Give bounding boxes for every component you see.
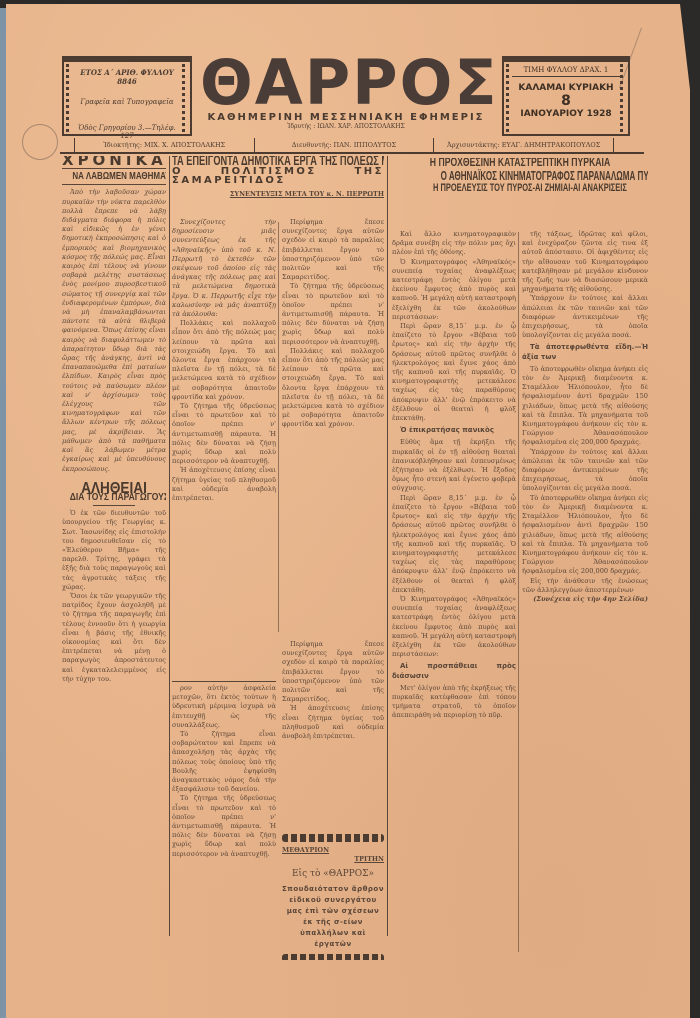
article-body: Πολλάκις καὶ πολλαχοῦ εἶπον ὅτι ἀπὸ τῆς … — [172, 319, 276, 402]
director: Διευθυντής: ΠΑΝ. ΙΠΠΟΛΥΤΟΣ — [255, 138, 435, 152]
pyrkagia-col-a: Καὶ ἄλλο κινηματογραφικὸν δρᾶμα συνέβη ε… — [392, 230, 516, 930]
divider — [93, 505, 135, 506]
article-body: Τὸ ζήτημα εἶναι σοβαρώτατον καὶ ἔπρεπε ν… — [172, 730, 276, 794]
ornament-border — [282, 834, 384, 842]
office-label: Γραφεῖα καὶ Τυπογραφεῖα — [72, 98, 182, 106]
article-body: Τὸ ζήτημα τῆς ὑδρεύσεως εἶναι τὸ πρωτεῦο… — [172, 794, 276, 858]
headline: Ο ΑΘΗΝΑΪΚΟΣ ΚΙΝΗΜΑΤΟΓΡΑΦΟΣ ΠΑΡΑΝΑΛΩΜΑ ΠΥ… — [441, 171, 600, 180]
headline: ΝΑ ΛΑΒΩΜΕΝ ΜΑΘΗΜΑΤΑ — [72, 172, 155, 181]
article-body: Ἡ ἀποχέτευσις ἐπίσης εἶναι ζήτημα ὑγείας… — [172, 466, 276, 503]
divider — [62, 184, 166, 185]
interview-line: ΣΥΝΕΝΤΕΥΞΙΣ ΜΕΤΑ ΤΟΥ κ. Ν. ΠΕΡΡΩΤΗ — [172, 190, 384, 199]
article-body: Ὑπάρχουν ἐν τούτοις καὶ ἄλλαι ἀπώλειαι ἐ… — [522, 294, 648, 340]
dimotika-col-c: ρον αὐτὴν ἀσφαλεία μετοχῶν, ὅτι ἐκτὸς το… — [172, 684, 276, 944]
year-issue: ΕΤΟΣ Α΄ ΑΡΙΘ. ΦΥΛΛΟΥ 8846 — [72, 68, 182, 86]
ad-lead: Εἰς τὸ «ΘΑΡΡΟΣ» — [282, 870, 384, 879]
article-body: Ἀπὸ τὴν λαβοῦσαν χώραν πυρκαϊὰν τὴν νύκτ… — [62, 188, 166, 473]
article-body: Καὶ ἄλλο κινηματογραφικὸν δρᾶμα συνέβη ε… — [392, 230, 516, 258]
price: ΤΙΜΗ ΦΥΛΛΟΥ ΔΡΑΧ. 1 — [512, 66, 620, 77]
masthead: ΕΤΟΣ Α΄ ΑΡΙΘ. ΦΥΛΛΟΥ 8846 Γραφεῖα καὶ Τυ… — [62, 56, 630, 136]
date-month-year: ΙΑΝΟΥΑΡΙΟΥ 1928 — [512, 109, 620, 119]
article-body: Ὁ Κινηματογράφος «Ἀθηναϊκός» συνεπείᾳ τυ… — [392, 258, 516, 322]
chief-editor: Ἀρχισυντάκτης: ΕΥΑΓ. ΔΗΜΗΤΡΑΚΟΠΟΥΛΟΣ — [434, 138, 613, 152]
ornament-border — [282, 954, 384, 960]
founder-line: Ἱδρυτής : ΙΩΑΝ. ΧΑΡ. ΑΠΟΣΤΟΛΑΚΗΣ — [200, 123, 492, 130]
subheading: Ὁ ἐπικρατήσας πανικὸς — [392, 426, 516, 435]
newspaper-subtitle: ΚΑΘΗΜΕΡΙΝΗ ΜΕΣΣΗΝΙΑΚΗ ΕΦΗΜΕΡΙΣ — [200, 112, 492, 123]
article-body: Περὶ ὥραν 8,15΄ μ.μ. ἐν ᾧ ἐπαίζετο τὸ ἔρ… — [392, 494, 516, 595]
article-body: Ὑπάρχουν ἐν τούτοις καὶ ἄλλαι ἀπώλειαι ἐ… — [522, 448, 648, 494]
column-divider — [518, 232, 519, 952]
city-day: ΚΑΛΑΜΑΙ ΚΥΡΙΑΚΗ — [512, 83, 620, 93]
article-body: Ὁ Κινηματογράφος «Ἀθηναϊκός» συνεπείᾳ τυ… — [392, 595, 516, 659]
article-body: Τὸ ζήτημα τῆς ὑδρεύσεως εἶναι τὸ πρωτεῦο… — [282, 282, 384, 346]
advertisement: ΜΕΘΑΥΡΙΟΝ ΤΡΙΤΗΝ Εἰς τὸ «ΘΑΡΡΟΣ» Σπουδαι… — [282, 830, 384, 960]
continued-note: (Συνέχεια εἰς τὴν 4ην Σελίδα) — [522, 595, 648, 604]
dimotika-col-b: Περίφημα ἔπεσε συνεχίζοντες ἔργα αὐτῶν σ… — [282, 218, 384, 638]
article-body: ρον αὐτὴν ἀσφαλεία μετοχῶν, ὅτι ἐκτὸς το… — [172, 684, 276, 730]
subheading: Τὰ ἀποτεφρωθέντα εἴδη.—Ἡ ἀξία των — [522, 343, 648, 361]
dimotika-header: ΤΑ ΕΠΕΙΓΟΝΤΑ ΔΗΜΟΤΙΚΑ ΕΡΓΑ ΤΗΣ ΠΟΛΕΩΣ ΜΑ… — [172, 156, 384, 216]
column-divider — [169, 156, 170, 936]
headline: Η ΠΡΟΧΘΕΣΙΝΗ ΚΑΤΑΣΤΡΕΠΤΙΚΗ ΠΥΡΚΑΪΑ — [428, 158, 612, 167]
title-block: ΘΑΡΡΟΣ ΚΑΘΗΜΕΡΙΝΗ ΜΕΣΣΗΝΙΑΚΗ ΕΦΗΜΕΡΙΣ Ἱδ… — [200, 54, 492, 130]
divider — [172, 681, 276, 682]
article-body: Περὶ ὥραν 8,15΄ μ.μ. ἐν ᾧ ἐπαίζετο τὸ ἔρ… — [392, 322, 516, 423]
subheading: Αἱ προσπάθειαι πρὸς διάσωσιν — [392, 662, 516, 680]
masthead-left-box: ΕΤΟΣ Α΄ ΑΡΙΘ. ΦΥΛΛΟΥ 8846 Γραφεῖα καὶ Τυ… — [62, 56, 192, 136]
date-day: 8 — [512, 93, 620, 109]
dimotika-col-a: Συνεχίζοντες τὴν δημοσίευσιν μιᾶς συνεντ… — [172, 218, 276, 638]
torn-corner — [680, 4, 694, 124]
article-body: Εὐθὺς ἅμα τῇ ἐκρήξει τῆς πυρκαϊᾶς οἱ ἐν … — [392, 438, 516, 493]
subheadline: Ο ΠΟΛΙΤΙΣΜΟΣ ΤΗΣ ΣΑΜΑΡΕΙΤΙΔΟΣ — [172, 167, 384, 185]
section-title: ΧΡΟΝΙΚΑ — [62, 156, 166, 165]
headline: ΤΑ ΕΠΕΙΓΟΝΤΑ ΔΗΜΟΤΙΚΑ ΕΡΓΑ ΤΗΣ ΠΟΛΕΩΣ ΜΑ… — [172, 156, 312, 165]
article-body: Συνεχίζοντες τὴν δημοσίευσιν μιᾶς συνεντ… — [172, 218, 276, 319]
article-body: Πολλάκις καὶ πολλαχοῦ εἶπον ὅτι ἀπὸ τῆς … — [282, 347, 384, 430]
article-body: Περίφημα ἔπεσε συνεχίζοντες ἔργα αὐτῶν σ… — [282, 640, 384, 704]
article-body: τῆς τάξεως, ἱδρῶτας καὶ φίλοι, καὶ ἐνεχύ… — [522, 230, 648, 294]
article-body: Τὸ ζήτημα τῆς ὑδρεύσεως εἶναι τὸ πρωτεῦο… — [172, 402, 276, 466]
pyrkagia-col-b: τῆς τάξεως, ἱδρῶτας καὶ φίλοι, καὶ ἐνεχύ… — [522, 230, 648, 950]
column-chronika: ΧΡΟΝΙΚΑ ΝΑ ΛΑΒΩΜΕΝ ΜΑΘΗΜΑΤΑ Ἀπὸ τὴν λαβο… — [62, 156, 166, 946]
subheadline: ΔΙΑ ΤΟΥΣ ΠΑΡΑΓΩΓΟΥΣ — [70, 493, 158, 502]
library-stamp — [22, 124, 58, 160]
owner: Ἰδιοκτήτης: ΜΙΧ. Χ. ΑΠΟΣΤΟΛΑΚΗΣ — [75, 138, 255, 152]
column-divider — [387, 156, 388, 936]
article-body: Τὸ ἀποτεφρωθὲν οἴκημα ἀνήκει εἰς τὸν ἐν … — [522, 365, 648, 448]
column-divider — [278, 222, 279, 632]
article-body: Ὁ ἐκ τῶν διευθυντῶν τοῦ ὑπουργείου τῆς Γ… — [62, 509, 166, 592]
ad-label-right: ΤΡΙΤΗΝ — [282, 855, 384, 864]
pyrkagia-header: Η ΠΡΟΧΘΕΣΙΝΗ ΚΑΤΑΣΤΡΕΠΤΙΚΗ ΠΥΡΚΑΪΑ Ο ΑΘΗ… — [392, 158, 648, 228]
ad-label-left: ΜΕΘΑΥΡΙΟΝ — [282, 846, 384, 855]
article-body: Ἡ ἀποχέτευσις ἐπίσης εἶναι ζήτημα ὑγείας… — [282, 704, 384, 741]
article-body: Μετ' ὀλίγον ἀπὸ τῆς ἐκρήξεως τῆς πυρκαϊᾶ… — [392, 684, 516, 721]
masthead-right-box: ΤΙΜΗ ΦΥΛΛΟΥ ΔΡΑΧ. 1 ΚΑΛΑΜΑΙ ΚΥΡΙΑΚΗ 8 ΙΑ… — [502, 56, 630, 136]
article-body: Ὅσοι ἐκ τῶν γεωργικῶν τῆς πατρίδος ἔχουν… — [62, 592, 166, 684]
ad-text: Σπουδαιότατον ἄρθρον εἰδικοῦ συνεργάτου … — [282, 884, 384, 950]
article-body: Περίφημα ἔπεσε συνεχίζοντες ἔργα αὐτῶν σ… — [282, 218, 384, 282]
staff-bar: Ἰδιοκτήτης: ΜΙΧ. Χ. ΑΠΟΣΤΟΛΑΚΗΣ Διευθυντ… — [74, 138, 614, 152]
article-body: Τὸ ἀποτεφρωθὲν οἴκημα ἀνήκει εἰς τὸν ἐν … — [522, 494, 648, 577]
dimotika-col-d: Περίφημα ἔπεσε συνεχίζοντες ἔργα αὐτῶν σ… — [282, 640, 384, 820]
masthead-rule — [60, 152, 644, 154]
article-body: Εἰς τὴν ἀνάθεσιν τῆς ἐνώσεως τῶν ἀλληλεγ… — [522, 577, 648, 595]
newspaper-title: ΘΑΡΡΟΣ — [200, 54, 492, 112]
headline: Η ΠΡΟΕΛΕΥΣΙΣ ΤΟΥ ΠΥΡΟΣ-ΑΙ ΖΗΜΙΑΙ-ΑΙ ΑΝΑΚ… — [433, 184, 607, 193]
